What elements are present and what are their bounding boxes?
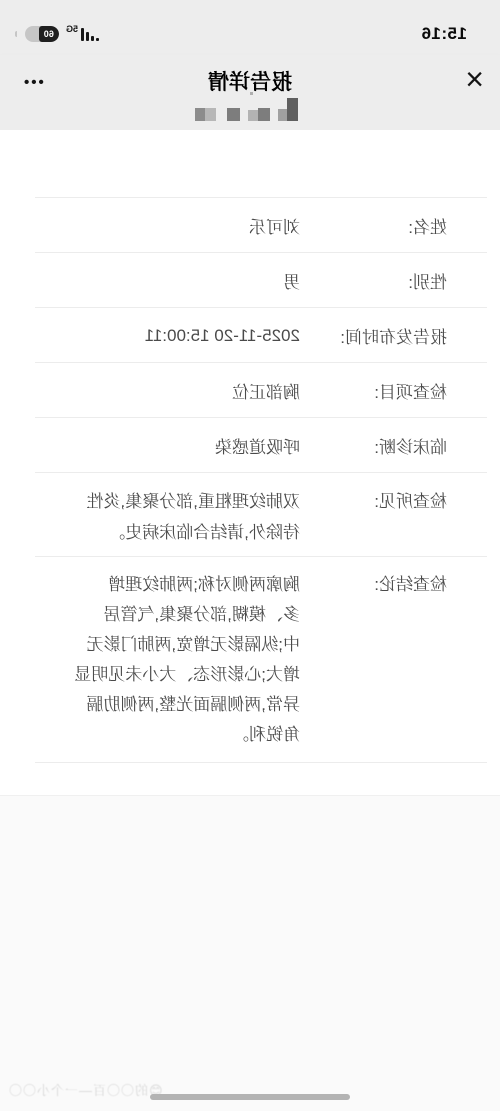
row-label: 临床诊断:: [300, 433, 447, 458]
clock-text: 15:16: [421, 24, 467, 44]
row-label: 报告发布时间:: [300, 323, 447, 348]
battery-percent-label: 60: [44, 29, 54, 39]
table-row-clinical-diagnosis: 临床诊断: 呼吸道感染: [0, 418, 500, 473]
nav-bar: × 报告详情 •••: [0, 55, 500, 130]
report-header-row: [0, 130, 500, 198]
battery-cap: [15, 31, 17, 37]
close-icon[interactable]: ×: [465, 63, 484, 95]
status-bar: 15:16 5G 60: [0, 0, 500, 55]
page-title: 报告详情: [60, 66, 440, 96]
home-indicator-bar[interactable]: [150, 1094, 350, 1100]
status-icons: 5G 60: [15, 26, 99, 42]
table-row-findings: 检查所见: 双肺纹理粗重,部分聚集,炎性 待除外,请结合临床病史。: [0, 473, 500, 557]
table-row-conclusion: 检查结论: 胸廓两侧对称;两肺纹理增 多、模糊,部分聚集,气管居 中;纵隔影无增…: [0, 557, 500, 763]
report-detail-page: 15:16 5G 60 × 报告详情 ••• 姓名: 刘可乐 性别: 男: [0, 0, 500, 1111]
lower-background-band: [0, 795, 500, 1111]
row-label: 检查所见:: [300, 486, 447, 517]
signal-strength-icon: 5G: [66, 26, 99, 41]
row-value: 胸部正位: [55, 378, 300, 403]
row-label: 检查结论:: [300, 570, 447, 600]
table-row-name: 姓名: 刘可乐: [0, 198, 500, 253]
report-card: 姓名: 刘可乐 性别: 男 报告发布时间: 2025-11-20 15:00:1…: [0, 130, 500, 763]
battery-fill: 60: [39, 26, 59, 42]
signal-bar: [81, 28, 84, 41]
table-row-gender: 性别: 男: [0, 253, 500, 308]
table-row-exam-item: 检查项目: 胸部正位: [0, 363, 500, 418]
row-value: 2025-11-20 15:00:11: [55, 326, 300, 346]
watermark-text: 😊的〇〇百—一个小〇〇: [8, 1080, 163, 1099]
row-label: 性别:: [300, 268, 447, 293]
signal-bar: [86, 32, 89, 41]
battery-icon: 60: [25, 26, 59, 42]
table-row-publish-time: 报告发布时间: 2025-11-20 15:00:11: [0, 308, 500, 363]
row-value: 男: [55, 268, 300, 293]
row-value: 双肺纹理粗重,部分聚集,炎性 待除外,请结合临床病史。: [55, 486, 300, 548]
network-type-label: 5G: [66, 24, 78, 34]
row-value: 刘可乐: [55, 213, 300, 238]
row-label: 检查项目:: [300, 378, 447, 403]
more-menu-icon[interactable]: •••: [22, 74, 44, 91]
row-value: 胸廓两侧对称;两肺纹理增 多、模糊,部分聚集,气管居 中;纵隔影无增宽,两肺门影…: [55, 570, 300, 750]
row-label: 姓名:: [300, 213, 447, 238]
signal-bar: [91, 36, 94, 41]
signal-bar: [96, 38, 99, 41]
row-value: 呼吸道感染: [55, 433, 300, 458]
